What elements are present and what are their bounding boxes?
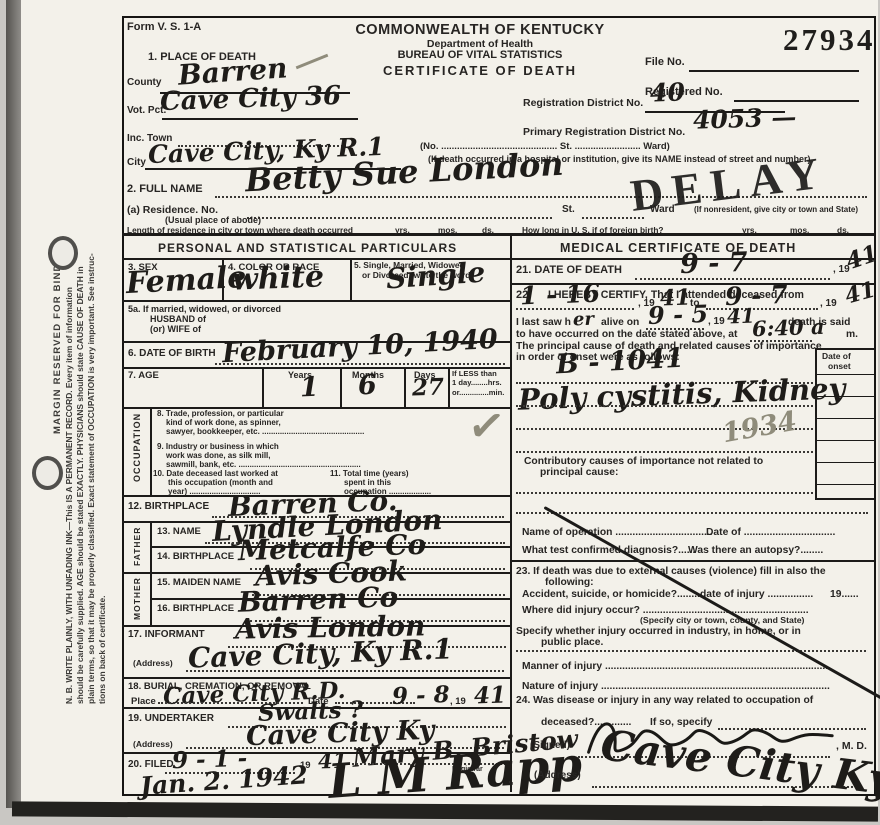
rule-line bbox=[150, 407, 152, 495]
undertaker-address-label: (Address) bbox=[133, 740, 173, 749]
date-of-death-label: 21. DATE OF DEATH bbox=[516, 265, 622, 277]
last-saw-er: er bbox=[573, 311, 595, 330]
certificate-title: CERTIFICATE OF DEATH bbox=[300, 64, 660, 78]
onset-box-line bbox=[815, 418, 874, 419]
file-no-label: File No. bbox=[645, 57, 685, 69]
mother-birthplace-label: 16. BIRTHPLACE bbox=[157, 604, 234, 614]
year-prefix: , 19 bbox=[820, 299, 837, 310]
attended-from-value: 1 - 16 bbox=[520, 281, 601, 309]
manner-of-injury-label: Manner of injury .......................… bbox=[522, 661, 828, 672]
nb-note-line: N. B. WRITE PLAINLY, WITH UNFADING INK—T… bbox=[64, 253, 75, 704]
occurred-text: to have occurred on the date stated abov… bbox=[516, 329, 737, 340]
occupation-side-label: OCCUPATION bbox=[133, 413, 143, 482]
blank-line bbox=[689, 70, 859, 72]
last-saw-date: 9 - 5 bbox=[648, 302, 709, 328]
blank-line bbox=[516, 451, 813, 453]
onset-box-line bbox=[815, 498, 874, 500]
age-less-note: or..............min. bbox=[452, 389, 504, 397]
mother-side-label: MOTHER bbox=[133, 577, 142, 620]
contributory-causes-text: Contributory causes of importance not re… bbox=[524, 456, 763, 467]
undertaker-label: 19. UNDERTAKER bbox=[128, 714, 214, 725]
burial-year-prefix: , 19 bbox=[450, 697, 466, 707]
nb-note-line: plain terms, so that it may be properly … bbox=[86, 253, 97, 704]
burial-place-label: Place bbox=[131, 697, 156, 707]
age-months-value: 6 bbox=[358, 372, 378, 400]
full-name-label: 2. FULL NAME bbox=[127, 184, 203, 196]
specify-location-note: (Specify city or town, county, and State… bbox=[640, 616, 804, 625]
rule-line bbox=[262, 367, 264, 407]
yrs-label: yrs. bbox=[742, 226, 757, 235]
rule-line bbox=[404, 367, 406, 407]
age-days-value: 27 bbox=[412, 375, 445, 399]
commonwealth-title: COMMONWEALTH OF KENTUCKY bbox=[300, 23, 660, 39]
onset-box-line bbox=[815, 440, 874, 441]
blank-line bbox=[162, 118, 358, 120]
burial-date-value: 9 - 8 bbox=[392, 683, 450, 708]
date-of-onset-header: Date of bbox=[822, 352, 851, 361]
address-label: (Address) bbox=[534, 771, 581, 782]
age-less-note: If LESS than bbox=[452, 370, 497, 378]
informant-address-label: (Address) bbox=[133, 659, 173, 668]
year-prefix: , 19 bbox=[708, 317, 725, 328]
father-name-label: 13. NAME bbox=[157, 527, 201, 537]
binding-margin-note: MARGIN RESERVED FOR BINDING bbox=[52, 243, 63, 434]
foreign-birth-label: How long in U. S. if of foreign birth? bbox=[522, 226, 664, 235]
accident-label: Accident, suicide, or homicide?.........… bbox=[522, 589, 706, 600]
signed-label: (Signed) bbox=[530, 741, 570, 752]
yrs-label: yrs. bbox=[395, 226, 410, 235]
operation-label: Name of operation ......................… bbox=[522, 527, 713, 538]
personal-section-title: PERSONAL AND STATISTICAL PARTICULARS bbox=[158, 242, 457, 255]
rule-line bbox=[122, 300, 510, 302]
registration-district-value: 40 bbox=[650, 79, 686, 105]
blank-line bbox=[516, 405, 813, 407]
nb-note-line: should be carefully supplied. AGE should… bbox=[75, 253, 86, 704]
ds-label: ds. bbox=[482, 226, 494, 235]
column-divider bbox=[510, 234, 512, 792]
burial-year-value: 41 bbox=[474, 683, 507, 707]
nature-of-injury-label: Nature of injury .......................… bbox=[522, 681, 830, 692]
blank-line bbox=[516, 492, 813, 494]
date-of-injury-label: date of injury ................ bbox=[700, 589, 813, 600]
city-label: City bbox=[127, 158, 146, 169]
rule-line bbox=[350, 258, 352, 300]
father-birthplace-label: 14. BIRTHPLACE bbox=[157, 552, 234, 562]
wife-of-label: (or) WIFE of bbox=[150, 325, 201, 335]
injury-year-prefix: 19...... bbox=[830, 589, 859, 600]
blank-line bbox=[247, 217, 552, 219]
dob-label: 6. DATE OF BIRTH bbox=[128, 349, 216, 360]
certificate-stamp-number: 27934 bbox=[783, 22, 876, 58]
alive-on-text: alive on bbox=[601, 317, 639, 328]
mos-label: mos. bbox=[438, 226, 457, 235]
header-block: COMMONWEALTH OF KENTUCKY Department of H… bbox=[300, 23, 660, 78]
scan-left-edge bbox=[6, 0, 21, 808]
ds-label: ds. bbox=[837, 226, 849, 235]
occurred-m-label: m. bbox=[846, 329, 858, 340]
marital-value: Single bbox=[385, 259, 486, 294]
onset-box-line bbox=[815, 348, 874, 350]
onset-box-line bbox=[815, 348, 817, 498]
age-years-value: 1 bbox=[300, 374, 320, 402]
death-certificate-scan: MARGIN RESERVED FOR BINDING N. B. WRITE … bbox=[0, 0, 880, 825]
length-residence-label: Length of residence in city or town wher… bbox=[127, 226, 353, 235]
county-label: County bbox=[127, 78, 161, 89]
informant-label: 17. INFORMANT bbox=[128, 630, 205, 641]
residence-st-label: St. bbox=[562, 205, 575, 216]
contributory-causes-text: principal cause: bbox=[540, 467, 618, 478]
mos-label: mos. bbox=[790, 226, 809, 235]
test-diagnosis-label: What test confirmed diagnosis?...... bbox=[522, 545, 695, 556]
occupation-8-label: sawyer, bookkeeper, etc. ...............… bbox=[166, 428, 364, 437]
blank-line bbox=[516, 512, 868, 514]
blank-line bbox=[215, 363, 505, 365]
age-less-note: 1 day........hrs. bbox=[452, 379, 502, 387]
primary-district-label: Primary Registration District No. bbox=[523, 127, 685, 138]
specify-injury-text: public place. bbox=[541, 637, 603, 648]
voting-precinct-value: Cave City 36 bbox=[160, 83, 342, 115]
bureau-subtitle: BUREAU OF VITAL STATISTICS bbox=[300, 50, 660, 62]
time-of-death-value: 6:40 a bbox=[752, 316, 825, 340]
rule-line bbox=[448, 367, 450, 407]
operation-date-label: Date of ................................ bbox=[706, 527, 835, 538]
rule-line bbox=[510, 560, 874, 562]
sex-value: Female bbox=[125, 263, 247, 299]
onset-box-line bbox=[815, 484, 874, 485]
external-causes-text: following: bbox=[545, 577, 594, 588]
blank-line bbox=[516, 650, 866, 652]
pencil-check-mark: ✓ bbox=[465, 403, 508, 452]
color-race-value: white bbox=[232, 262, 325, 295]
primary-district-value: 4053 — bbox=[693, 104, 797, 133]
date-of-onset-header: onset bbox=[828, 362, 851, 371]
medical-section-title: MEDICAL CERTIFICATE OF DEATH bbox=[560, 242, 796, 256]
punch-hole bbox=[48, 236, 78, 270]
rule-line bbox=[340, 367, 342, 407]
blank-line bbox=[186, 670, 504, 672]
punch-hole bbox=[32, 456, 63, 490]
last-saw-text: I last saw h bbox=[516, 317, 571, 328]
birthplace-label: 12. BIRTHPLACE bbox=[128, 502, 209, 513]
nb-note-line: tions on back of certificate. bbox=[97, 253, 108, 704]
onset-box-line bbox=[815, 462, 874, 463]
father-side-label: FATHER bbox=[133, 527, 142, 566]
date-of-death-value: 9 - 7 bbox=[680, 249, 748, 278]
cause-code-value: B - 1041 bbox=[555, 345, 684, 379]
registration-district-label: Registration District No. bbox=[523, 98, 643, 109]
blank-line bbox=[734, 100, 859, 102]
age-label: 7. AGE bbox=[128, 371, 159, 381]
mother-maiden-name-label: 15. MAIDEN NAME bbox=[157, 578, 241, 588]
external-causes-text: 23. If death was due to external causes … bbox=[516, 566, 826, 577]
form-number: Form V. S. 1-A bbox=[127, 22, 201, 34]
autopsy-label: Was there an autopsy?........ bbox=[688, 545, 823, 556]
